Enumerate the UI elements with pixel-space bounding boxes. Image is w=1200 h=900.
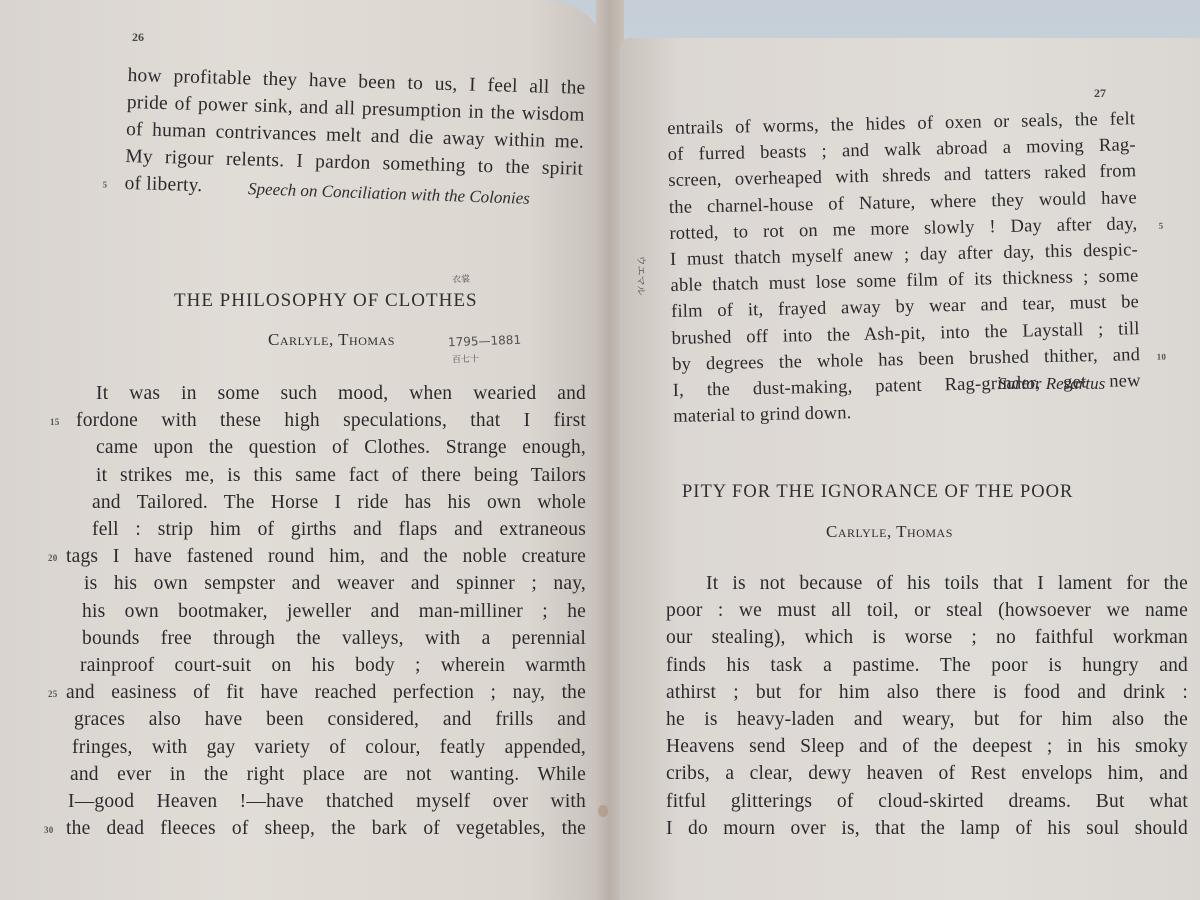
left-page: 26 how profitable they have been to us, …: [0, 0, 600, 900]
text-line: fitful glitterings of cloud-skirted drea…: [666, 788, 1188, 815]
text-line: cribs, a clear, dewy heaven of Rest enve…: [666, 760, 1188, 787]
page-number: 27: [1094, 86, 1106, 101]
page-stain: [598, 805, 608, 817]
text-line: bounds free through the valleys, with a …: [66, 625, 586, 652]
text-line: 25and easiness of fit have reached perfe…: [66, 679, 586, 706]
text-line: 15fordone with these high speculations, …: [66, 407, 586, 434]
section-title: PITY FOR THE IGNORANCE OF THE POOR: [682, 482, 1073, 503]
handwritten-margin-note: ウエマル: [635, 256, 650, 296]
text-line: fell : strip him of girths and flaps and…: [66, 516, 586, 543]
page-number: 26: [132, 30, 144, 45]
section-author: Carlyle, Thomas: [268, 330, 395, 350]
section-author: Carlyle, Thomas: [826, 522, 953, 542]
text-line: rainproof court-suit on his body ; where…: [66, 652, 586, 679]
text-line: his own bootmaker, jeweller and man-mill…: [66, 598, 586, 625]
text-line: I—good Heaven !—have thatched myself ove…: [66, 788, 586, 815]
text-line: he is heavy-laden and weary, but for him…: [666, 706, 1188, 733]
handwritten-note: 1795—1881: [448, 333, 522, 350]
text-line: and ever in the right place are not want…: [66, 761, 586, 788]
text-line: It was in some such mood, when wearied a…: [66, 380, 586, 407]
text-line: I do mourn over is, that the lamp of his…: [666, 815, 1188, 842]
handwritten-note: 衣裳: [452, 272, 470, 286]
text-line: 30the dead fleeces of sheep, the bark of…: [66, 815, 586, 842]
text-line: our stealing), which is worse ; no faith…: [666, 624, 1188, 651]
body-text: It was in some such mood, when wearied a…: [66, 380, 586, 842]
text-line: is his own sempster and weaver and spinn…: [66, 570, 586, 597]
right-page: 27 entrails of worms, the hides of oxen …: [620, 38, 1200, 900]
text-line: came upon the question of Clothes. Stran…: [66, 434, 586, 461]
source-citation: Sartor Resartus: [998, 374, 1105, 394]
text-line: fringes, with gay variety of colour, fea…: [66, 734, 586, 761]
line-number: 5: [102, 171, 107, 198]
text-line: poor : we must all toil, or steal (howso…: [666, 597, 1188, 624]
text-line: Heavens send Sleep and of the deepest ; …: [666, 733, 1188, 760]
section-title: THE PHILOSOPHY OF CLOTHES: [174, 290, 478, 312]
text-line: athirst ; but for him also there is food…: [666, 679, 1188, 706]
handwritten-note: 百七十: [452, 352, 479, 366]
text-line: 20tags I have fastened round him, and th…: [66, 543, 586, 570]
text-line: It is not because of his toils that I la…: [666, 570, 1188, 597]
text-line: finds his task a pastime. The poor is hu…: [666, 652, 1188, 679]
text-line: it strikes me, is this same fact of ther…: [66, 462, 586, 489]
body-text: It is not because of his toils that I la…: [666, 570, 1188, 842]
text-line: and Tailored. The Horse I ride has his o…: [66, 489, 586, 516]
text-line: graces also have been considered, and fr…: [66, 706, 586, 733]
